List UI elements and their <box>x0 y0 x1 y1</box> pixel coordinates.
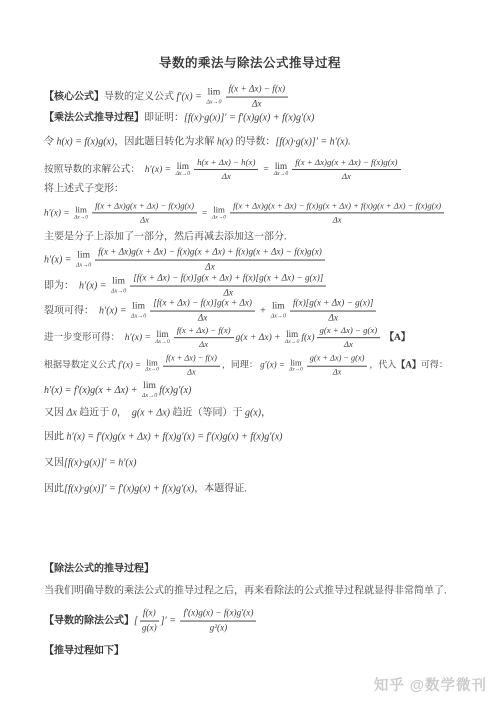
text-run: 因此 <box>44 483 64 496</box>
limit-operator: limΔx→0 <box>285 330 299 346</box>
bold-header: 【推导过程如下】 <box>44 645 124 658</box>
text-run: 根据导数定义公式 <box>44 360 118 372</box>
limit-subscript: Δx→0 <box>176 172 191 178</box>
denominator: Δx <box>198 312 207 325</box>
page-title: 导数的乘法与除法公式推导过程 <box>0 53 500 71</box>
numerator: g(x + Δx) − g(x) <box>307 354 368 367</box>
limit-word: lim <box>75 205 87 214</box>
math-run: h′(x) = <box>44 254 74 267</box>
doc-line: 令 h(x) = f(x)g(x)，因此题目转化为求解 h(x) 的导数：[f(… <box>44 136 350 149</box>
zhihu-watermark: 知乎 @数学微刊 <box>374 674 487 695</box>
denominator: Δx <box>140 214 149 226</box>
math-run: = <box>260 164 271 176</box>
numerator: h(x + Δx) − h(x) <box>194 157 258 170</box>
fraction: f(x + Δx) − f(x)Δx <box>163 354 220 379</box>
fraction: f(x + Δx)g(x + Δx) − f(x)g(x + Δx) + f(x… <box>95 247 325 274</box>
limit-operator: limΔx→0 <box>155 330 169 346</box>
limit-subscript: Δx→0 <box>212 215 226 221</box>
text-run: ，因此题目转化为求解 <box>114 136 217 149</box>
limit-operator: limΔx→0 <box>74 205 88 220</box>
denominator: g²(x) <box>210 622 228 635</box>
math-run: h′(x) = <box>79 280 109 293</box>
math-run: g′(x) = <box>260 360 287 372</box>
denominator: g(x) <box>142 622 157 635</box>
math-run: + <box>257 305 269 318</box>
math-run: h′(x) = <box>125 332 154 344</box>
limit-subscript: Δx→0 <box>74 215 88 221</box>
numerator: f(x + Δx)g(x + Δx) − f(x)g(x) <box>92 200 197 213</box>
limit-word: lim <box>143 382 156 392</box>
math-run: [ <box>134 615 138 628</box>
limit-operator: limΔx→0 <box>212 205 226 220</box>
limit-word: lim <box>157 330 169 339</box>
math-run: [f(x)·g(x)]′ = f′(x)g(x) + f(x)g′(x) <box>184 112 314 125</box>
limit-subscript: Δx→0 <box>271 313 286 319</box>
text-run: 可得： <box>421 360 448 372</box>
denominator: Δx <box>252 98 261 111</box>
text-run: 将上述式子变形： <box>44 183 124 196</box>
doc-line: 【乘法公式推导过程】即证明：[f(x)·g(x)]′ = f′(x)g(x) +… <box>44 112 314 125</box>
text-run: . <box>348 136 351 149</box>
math-run: h′(x) = <box>99 305 129 318</box>
fraction: g(x + Δx) − g(x)Δx <box>307 354 368 379</box>
doc-line: 进一步变形可得： h′(x) = limΔx→0f(x + Δx) − f(x)… <box>44 325 410 351</box>
numerator: f(x)[g(x + Δx) − g(x)] <box>290 298 377 312</box>
denominator: Δx <box>205 261 214 274</box>
fraction: [f(x + Δx) − f(x)]g(x + Δx)Δx <box>150 298 255 325</box>
fraction: [f(x + Δx) − f(x)]g(x + Δx) + f(x)[g(x +… <box>130 273 326 300</box>
text-run: 即为： <box>44 280 79 293</box>
limit-operator: limΔx→0 <box>206 89 221 106</box>
math-run: g(x) <box>245 407 261 420</box>
bold-header: 【核心公式】 <box>44 91 104 104</box>
doc-line: 按照导数的求解公式： h′(x) = limΔx→0h(x + Δx) − h(… <box>44 157 403 183</box>
text-run: ，同理： <box>222 360 260 372</box>
math-run: h(x) = f(x)g(x) <box>57 136 115 149</box>
numerator: f(x + Δx) − f(x) <box>163 354 220 367</box>
denominator: Δx <box>344 339 353 351</box>
doc-line: 根据导数定义公式 f′(x) = limΔx→0f(x + Δx) − f(x)… <box>44 354 448 379</box>
doc-line: 【核心公式】导数的定义公式 f′(x) = limΔx→0f(x + Δx) −… <box>44 84 290 111</box>
doc-line: 【导数的除法公式】[f(x)g(x)]′ = f′(x)g(x) − f(x)g… <box>44 608 258 635</box>
math-run: [f(x)·g(x)]′ = h′(x) <box>64 457 136 470</box>
text-run: 裂项可得： <box>44 305 99 318</box>
bold-header: 【导数的除法公式】 <box>44 615 134 628</box>
numerator: f(x + Δx)g(x + Δx) − f(x)g(x) <box>292 157 400 170</box>
math-run: f(x)g′(x) <box>159 384 191 397</box>
doc-line: 主要是分子上添加了一部分，然后再减去添加这一部分. <box>44 231 287 244</box>
limit-operator: limΔx→0 <box>176 162 191 178</box>
text-run: ， <box>117 407 132 420</box>
limit-operator: limΔx→0 <box>142 382 157 399</box>
text-run: 的导数： <box>233 136 276 149</box>
text-run: ，代入 <box>369 360 396 372</box>
fraction: f(x)[g(x + Δx) − g(x)]Δx <box>290 298 377 325</box>
denominator: Δx <box>222 171 231 183</box>
document-page: { "page": { "title": "导数的乘法与除法公式推导过程", "… <box>0 0 500 707</box>
text-run: 因此 <box>44 431 67 444</box>
limit-word: lim <box>208 89 221 99</box>
math-run: h′(x) = f′(x)g(x + Δx) + <box>44 384 140 397</box>
math-run: [f(x)·g(x)]′ = f′(x)g(x) + f(x)g′(x) <box>64 483 194 496</box>
denominator: Δx <box>333 367 342 379</box>
math-run: = <box>199 207 210 219</box>
text-run: ，本题得证. <box>194 483 247 496</box>
denominator: Δx <box>328 312 337 325</box>
math-run: ]′ = <box>161 615 179 628</box>
numerator: [f(x + Δx) − f(x)]g(x + Δx) <box>150 298 255 312</box>
fraction: f′(x)g(x) − f(x)g′(x)g²(x) <box>180 608 256 635</box>
text-run: 进一步变形可得： <box>44 332 125 344</box>
limit-subscript: Δx→0 <box>206 99 221 105</box>
limit-word: lim <box>177 162 189 171</box>
doc-line: 即为： h′(x) = limΔx→0[f(x + Δx) − f(x)]g(x… <box>44 273 328 300</box>
doc-line: 又因 Δx 趋近于 0， g(x + Δx) 趋近（等同）于 g(x)， <box>44 407 271 420</box>
fraction: f(x + Δx) − f(x)Δx <box>174 325 234 351</box>
doc-line: h′(x) = limΔx→0f(x + Δx)g(x + Δx) − f(x)… <box>44 200 446 225</box>
math-run: h(x) <box>217 136 233 149</box>
fraction: f(x + Δx)g(x + Δx) − f(x)g(x)Δx <box>292 157 400 183</box>
math-run: h′(x) = <box>44 207 72 219</box>
text-run: 又因 <box>44 457 64 470</box>
math-run: g(x + Δx) + <box>236 332 283 344</box>
text-run: 即证明： <box>144 112 184 125</box>
fraction: f(x + Δx)g(x + Δx) − f(x)g(x)Δx <box>92 200 197 225</box>
doc-line: 因此[f(x)·g(x)]′ = f′(x)g(x) + f(x)g′(x)，本… <box>44 483 247 496</box>
math-run: g(x + Δx) <box>132 407 170 420</box>
math-run: f′(x) = <box>118 360 143 372</box>
doc-line: 【除法公式的推导过程】 <box>44 563 154 576</box>
fraction: g(x + Δx) − g(x)Δx <box>317 325 381 351</box>
doc-line: 裂项可得： h′(x) = limΔx→0[f(x + Δx) − f(x)]g… <box>44 298 378 325</box>
limit-subscript: Δx→0 <box>131 313 146 319</box>
doc-line: h′(x) = f′(x)g(x + Δx) + limΔx→0f(x)g′(x… <box>44 382 191 399</box>
limit-subscript: Δx→0 <box>145 368 159 373</box>
denominator: Δx <box>333 214 342 226</box>
numerator: f(x) <box>140 608 159 622</box>
numerator: [f(x + Δx) − f(x)]g(x + Δx) + f(x)[g(x +… <box>130 273 326 287</box>
denominator: Δx <box>342 171 351 183</box>
fraction: f(x + Δx) − f(x)Δx <box>226 84 289 111</box>
bold-header: 【A】 <box>382 332 410 344</box>
doc-line: 将上述式子变形： <box>44 183 124 196</box>
doc-line: 又因[f(x)·g(x)]′ = h′(x) <box>44 457 136 470</box>
math-run: Δx <box>67 407 77 420</box>
limit-word: lim <box>286 330 298 339</box>
limit-operator: limΔx→0 <box>289 359 303 374</box>
fraction: h(x + Δx) − h(x)Δx <box>194 157 258 183</box>
text-run: 趋近于 <box>77 407 112 420</box>
limit-subscript: Δx→0 <box>155 340 169 346</box>
numerator: f(x + Δx) − f(x) <box>174 325 234 338</box>
limit-subscript: Δx→0 <box>274 172 289 178</box>
limit-operator: limΔx→0 <box>145 359 159 374</box>
text-run: 当我们明确导数的乘法公式的推导过程之后，再来看除法的公式推导过程就显得非常简单了… <box>44 585 447 598</box>
math-run: f(x) <box>301 332 314 344</box>
text-run: 按照导数的求解公式： <box>44 164 145 176</box>
limit-word: lim <box>132 303 145 313</box>
limit-word: lim <box>77 252 90 262</box>
fraction: f(x)g(x) <box>140 608 159 635</box>
math-run: f′(x) = <box>177 91 205 104</box>
text-run: 主要是分子上添加了一部分，然后再减去添加这一部分. <box>44 231 287 244</box>
limit-word: lim <box>275 162 287 171</box>
numerator: g(x + Δx) − g(x) <box>317 325 381 338</box>
numerator: f(x + Δx) − f(x) <box>226 84 289 98</box>
doc-line: h′(x) = limΔx→0f(x + Δx)g(x + Δx) − f(x)… <box>44 247 327 274</box>
limit-operator: limΔx→0 <box>76 252 91 269</box>
limit-operator: limΔx→0 <box>271 303 286 320</box>
denominator: Δx <box>199 339 208 351</box>
text-run: 趋近（等同）于 <box>170 407 245 420</box>
limit-operator: limΔx→0 <box>131 303 146 320</box>
limit-word: lim <box>272 303 285 313</box>
bold-header: 【乘法公式推导过程】 <box>44 112 144 125</box>
limit-word: lim <box>213 205 225 214</box>
text-run: 又因 <box>44 407 67 420</box>
limit-operator: limΔx→0 <box>111 278 126 295</box>
text-run: ， <box>261 407 271 420</box>
limit-operator: limΔx→0 <box>274 162 289 178</box>
limit-word: lim <box>290 359 301 368</box>
math-run: h′(x) = f′(x)g(x + Δx) + f(x)g′(x) = f′(… <box>67 431 283 444</box>
doc-line: 因此 h′(x) = f′(x)g(x + Δx) + f(x)g′(x) = … <box>44 431 283 444</box>
bold-header: 【除法公式的推导过程】 <box>44 563 154 576</box>
limit-word: lim <box>112 278 125 288</box>
doc-line: 【推导过程如下】 <box>44 645 124 658</box>
bold-header: 【A】 <box>396 360 421 372</box>
fraction: f(x + Δx)g(x + Δx) − f(x)g(x + Δx) + f(x… <box>230 200 444 225</box>
math-run: [f(x)·g(x)]′ = h′(x) <box>275 136 347 149</box>
limit-subscript: Δx→0 <box>142 392 157 398</box>
math-run: h′(x) = <box>145 164 174 176</box>
limit-subscript: Δx→0 <box>285 340 299 346</box>
numerator: f′(x)g(x) − f(x)g′(x) <box>180 608 256 622</box>
text-run: 导数的定义公式 <box>104 91 177 104</box>
limit-subscript: Δx→0 <box>76 262 91 268</box>
limit-word: lim <box>146 359 157 368</box>
text-run: 令 <box>44 136 57 149</box>
limit-subscript: Δx→0 <box>289 368 303 373</box>
limit-subscript: Δx→0 <box>111 288 126 294</box>
numerator: f(x + Δx)g(x + Δx) − f(x)g(x + Δx) + f(x… <box>95 247 325 261</box>
numerator: f(x + Δx)g(x + Δx) − f(x)g(x + Δx) + f(x… <box>230 200 444 213</box>
denominator: Δx <box>187 367 196 379</box>
doc-line: 当我们明确导数的乘法公式的推导过程之后，再来看除法的公式推导过程就显得非常简单了… <box>44 585 447 598</box>
